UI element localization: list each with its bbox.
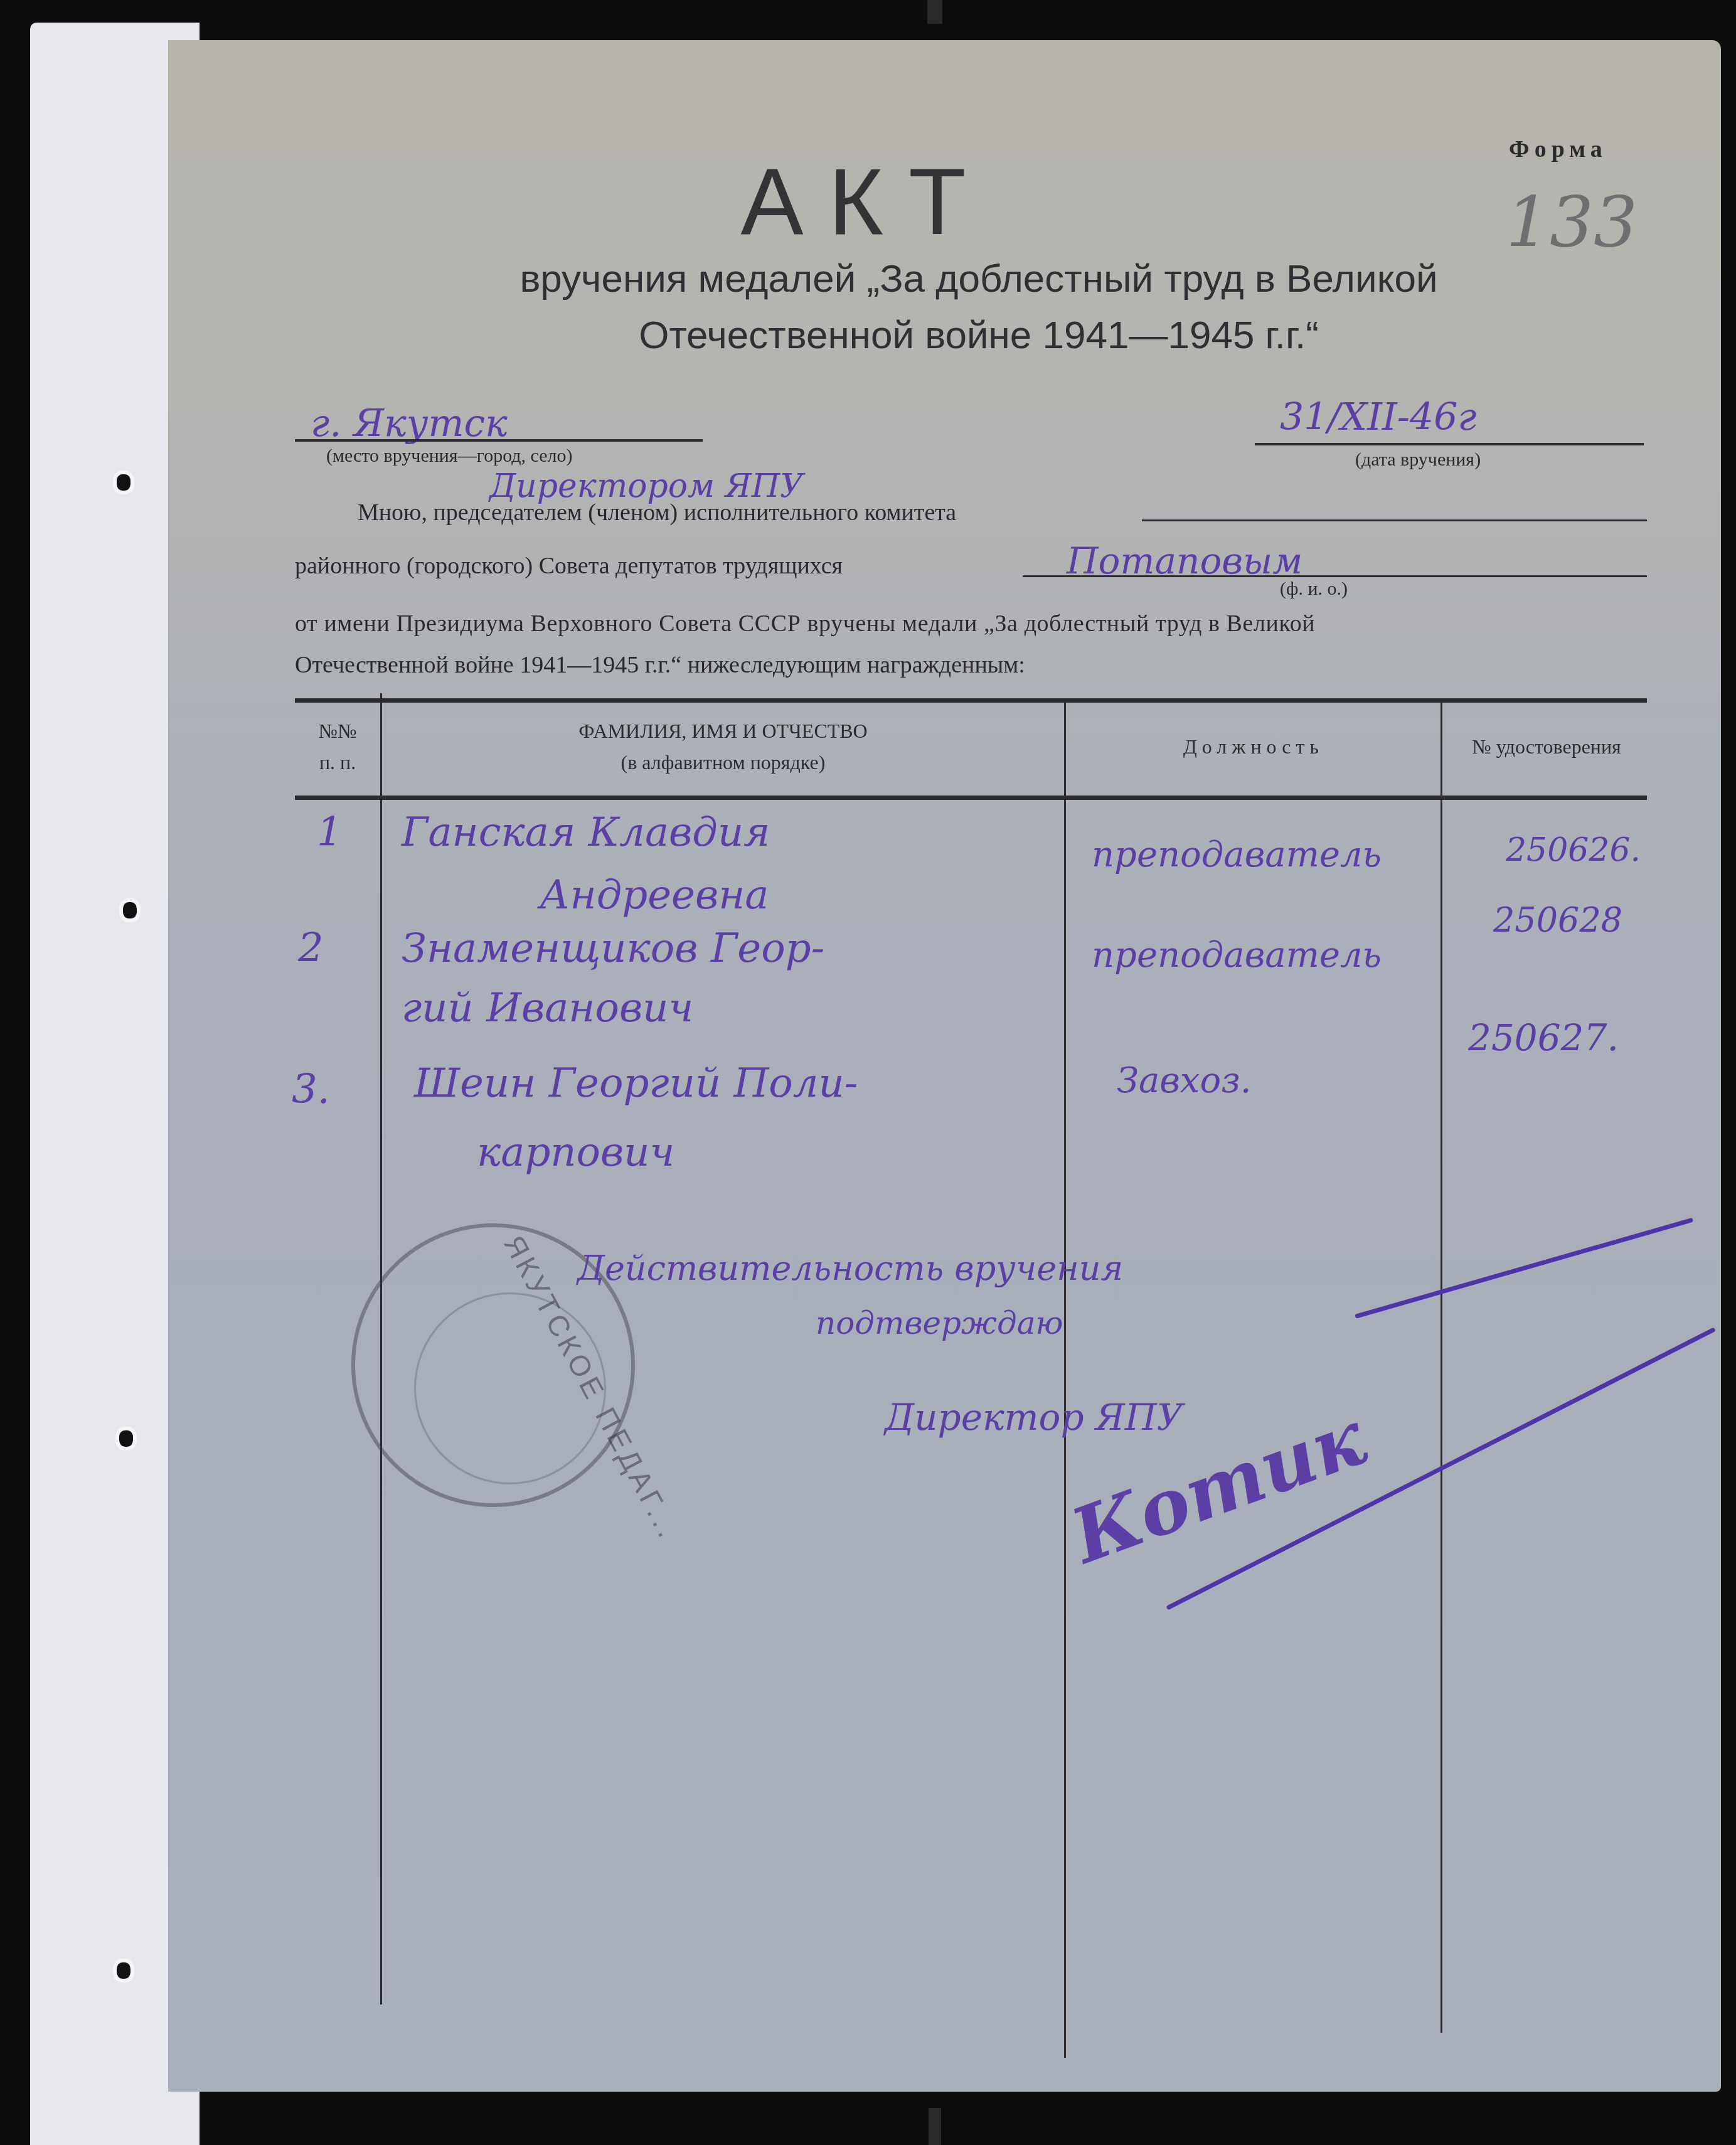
subtitle-line-1: вручения медалей „За доблестный труд в В… (445, 251, 1512, 307)
header-num: №№ п. п. (295, 715, 380, 778)
row-1-certificate: 250626. (1506, 831, 1641, 869)
intro-line-3: от имени Президиума Верховного Совета СС… (295, 610, 1315, 637)
committee-underline (1142, 519, 1647, 521)
subtitle-line-2: Отечественной войне 1941—1945 г.г.“ (445, 307, 1512, 364)
archive-page-number: 133 (1506, 182, 1637, 262)
row-3-certificate: 250627. (1468, 1016, 1619, 1059)
row-2-name: Знаменщиков Геор- (402, 925, 824, 972)
table-top-rule (295, 698, 1647, 703)
document-title: АКТ (740, 147, 991, 256)
punch-hole (123, 902, 137, 918)
row-3-num: 3. (292, 1067, 330, 1113)
table-col-divider (1440, 703, 1442, 2033)
row-3-name: Шеин Георгий Поли- (414, 1060, 858, 1107)
signer-title: Директор ЯПУ (885, 1396, 1183, 1439)
presenter-underline (1023, 575, 1647, 577)
row-1-position: преподаватель (1092, 834, 1382, 875)
header-position: Должность (1067, 731, 1440, 762)
row-2-num: 2 (298, 925, 324, 972)
punch-hole (119, 1430, 133, 1447)
header-certificate: № удостоверения (1443, 731, 1650, 762)
place-underline (295, 439, 703, 442)
date-underline (1255, 443, 1644, 445)
place-caption: (место вручения—город, село) (326, 445, 573, 467)
binder-clip (927, 0, 942, 24)
row-2-name-cont: гий Иванович (402, 985, 693, 1031)
row-3-position: Завхоз. (1117, 1060, 1252, 1101)
document-subtitle: вручения медалей „За доблестный труд в В… (445, 251, 1512, 364)
row-1-name-cont: Андреевна (540, 872, 769, 918)
header-name: ФАМИЛИЯ, ИМЯ И ОТЧЕСТВО (в алфавитном по… (383, 715, 1063, 778)
punch-hole (117, 1962, 130, 1979)
row-1-num: 1 (317, 809, 343, 856)
date-value: 31/XII-46г (1280, 395, 1477, 439)
binder-clip (929, 2108, 941, 2145)
row-3-name-cont: карпович (477, 1129, 674, 1176)
punch-hole (117, 474, 130, 491)
date-caption: (дата вручения) (1355, 449, 1481, 471)
intro-line-4: Отечественной войне 1941—1945 г.г.“ ниже… (295, 651, 1025, 679)
row-1-name: Ганская Клавдия (402, 809, 770, 856)
intro-line-2: районного (городского) Совета депутатов … (295, 552, 843, 580)
form-label: Форма (1509, 136, 1607, 163)
row-2-certificate: 250628 (1493, 900, 1622, 940)
presenter-caption: (ф. и. о.) (1280, 578, 1348, 600)
table-col-divider (1064, 703, 1066, 2058)
row-2-position: преподаватель (1092, 935, 1382, 976)
table-header-rule (295, 796, 1647, 800)
confirmation-line-2: подтверждаю (816, 1305, 1063, 1341)
intro-line-1: Мною, председателем (членом) исполнитель… (358, 499, 956, 526)
confirmation-line-1: Действительность вручения (577, 1248, 1123, 1288)
